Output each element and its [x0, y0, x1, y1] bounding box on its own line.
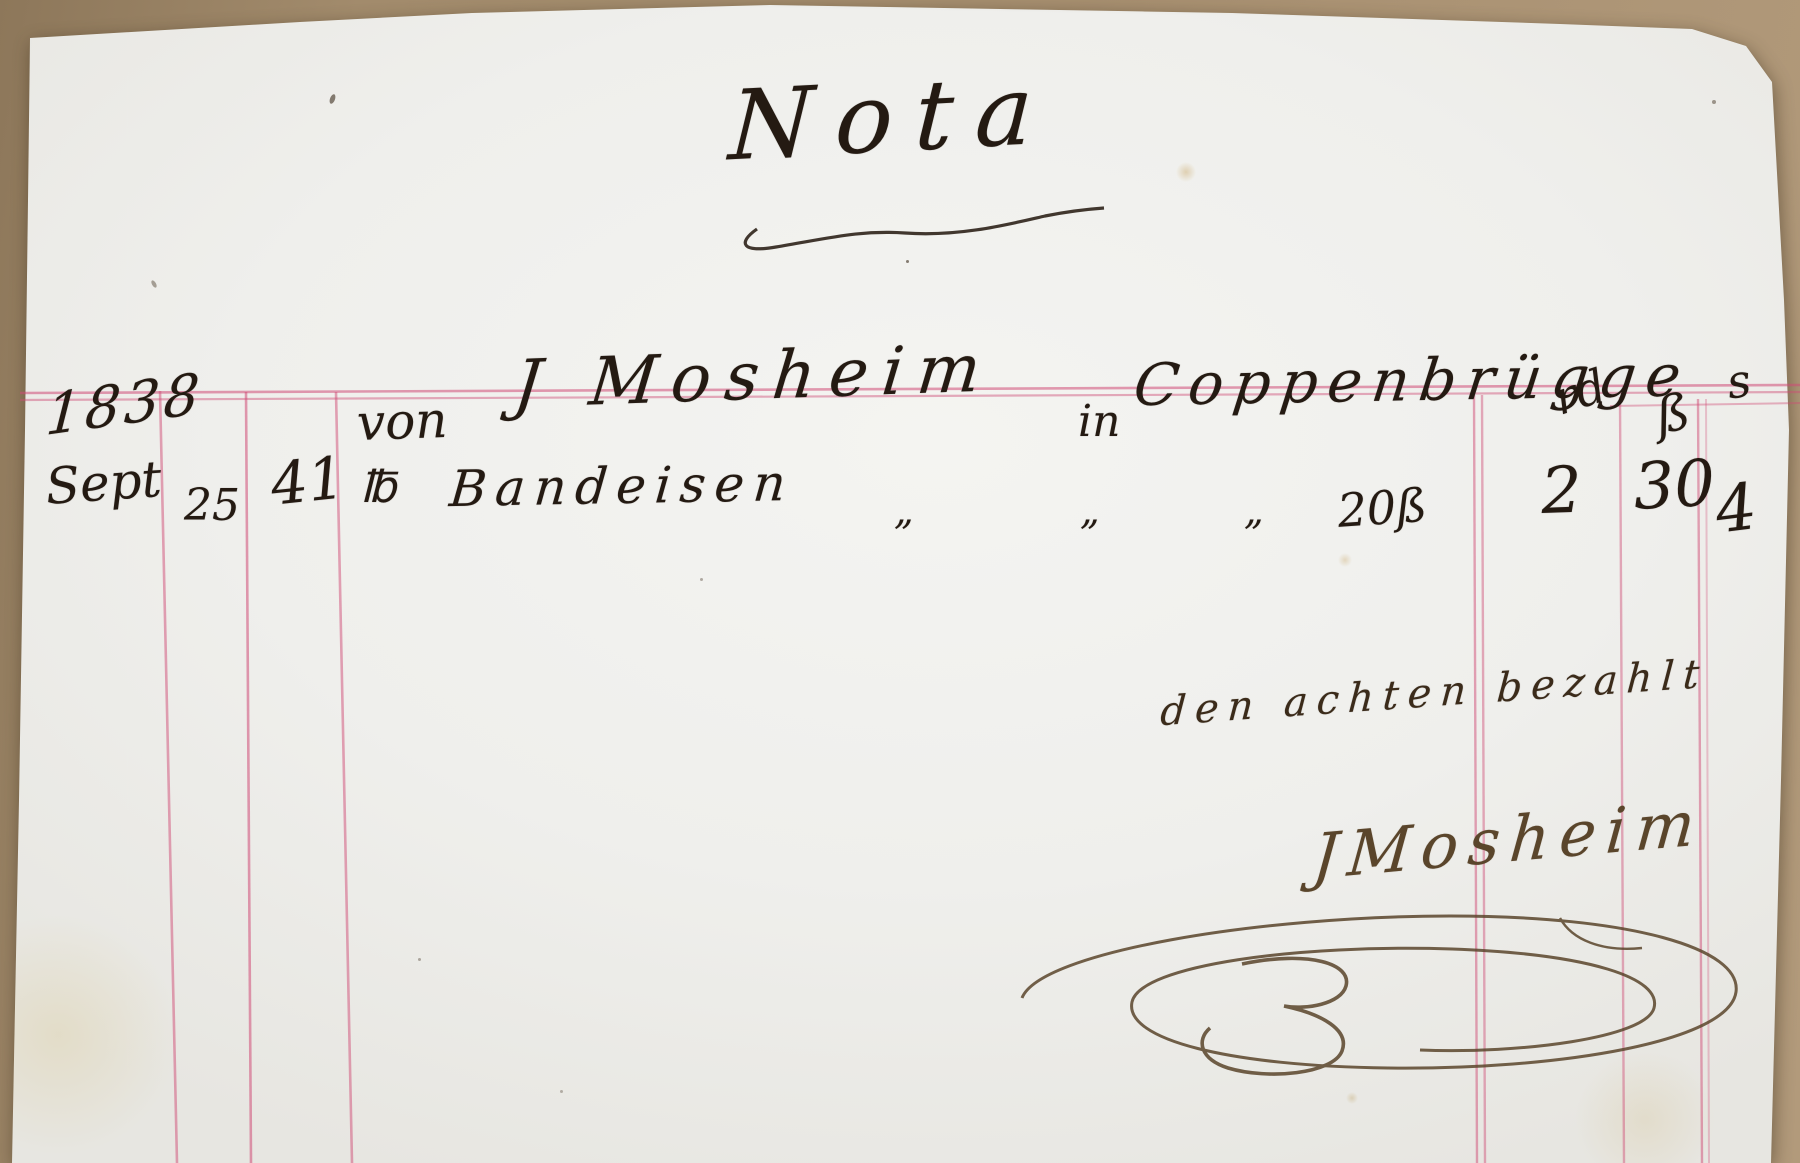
ink-speck [560, 1090, 563, 1093]
entry-day: 25 [184, 484, 240, 528]
entry-month: Sept [44, 454, 163, 512]
ditto-mark: „ [894, 492, 914, 530]
merchant-name: J Mosheim [511, 335, 998, 418]
entry-unit-pound-sign: ℔ [360, 466, 396, 510]
entry-unit-price: 20ß [1336, 482, 1428, 534]
photographed-invoice: Nota 1838 von J Mosheim in Coppenbrügge … [0, 0, 1800, 1163]
entry-quantity: 41 [268, 448, 347, 513]
entry-description: Bandeisen [448, 458, 797, 514]
amount-pfennig: 4 [1712, 475, 1760, 543]
document-title: Nota [727, 61, 1057, 174]
location-prefix: in [1078, 400, 1120, 444]
paper-sheet-wrap [0, 0, 1800, 1163]
ink-speck [906, 260, 909, 263]
from-prefix: von [356, 395, 448, 448]
amount-thaler: 2 [1540, 459, 1583, 524]
ink-speck [700, 578, 703, 581]
ditto-mark: „ [1080, 492, 1100, 530]
amount-schilling: 30 [1632, 452, 1717, 520]
ink-speck [1712, 100, 1716, 104]
paper-sheet [0, 0, 1800, 1163]
ink-speck [418, 958, 421, 961]
ditto-mark: „ [1244, 492, 1264, 530]
